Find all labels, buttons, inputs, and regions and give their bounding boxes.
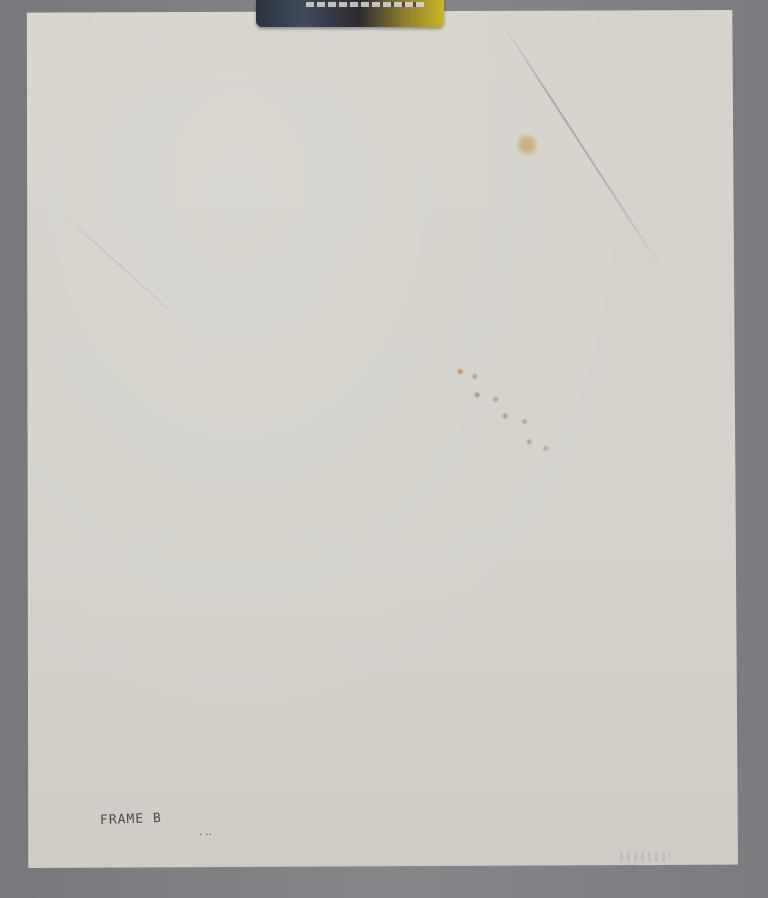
handwritten-label: FRAME B bbox=[100, 811, 162, 828]
foxing-stain bbox=[516, 132, 538, 158]
faint-pencil-mark bbox=[620, 852, 670, 862]
pencil-dots: . .. bbox=[199, 827, 212, 838]
clip-teeth bbox=[306, 2, 424, 7]
binder-clip bbox=[256, 0, 444, 27]
paper-sheet bbox=[24, 10, 738, 868]
